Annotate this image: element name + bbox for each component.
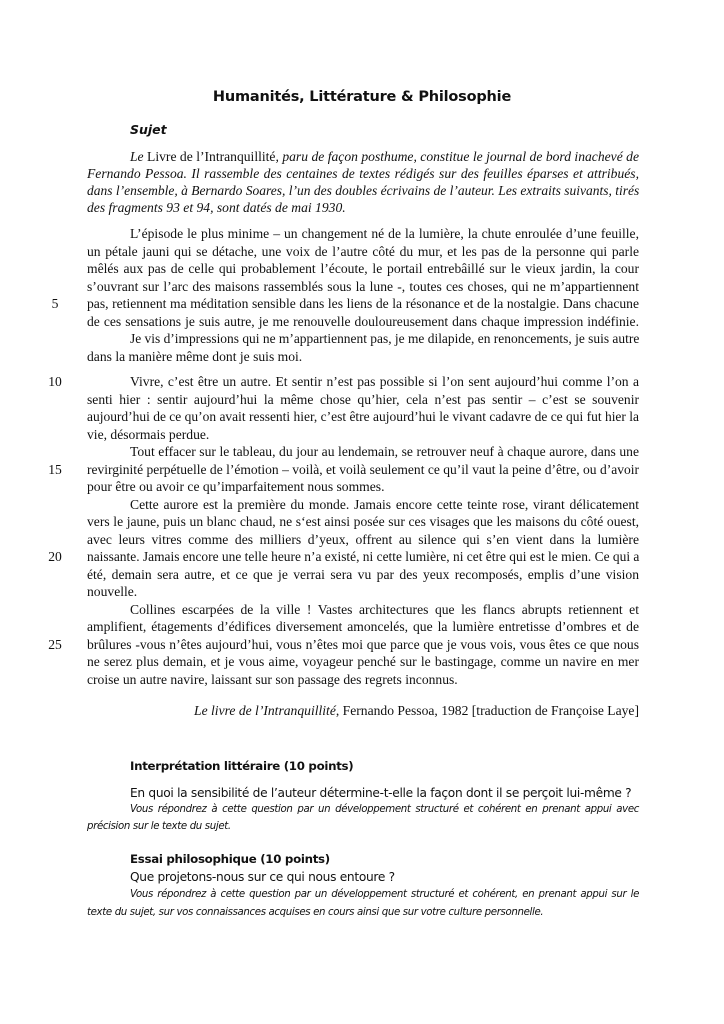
intro-text: , paru de façon posthume, constitue le j… <box>275 149 639 164</box>
text-line: vers le jaune, puis un blanc chaud, ne s… <box>87 513 639 530</box>
line-number: 5 <box>40 295 70 312</box>
question-instruction: Vous répondrez à cette question par un d… <box>130 804 639 815</box>
text-line: dans la manière même dont je suis moi. <box>87 348 639 365</box>
text-line: mêlés aux pas de celle qui probablement … <box>87 260 639 277</box>
reference-details: , Fernando Pessoa, 1982 [traduction de F… <box>336 703 639 718</box>
text-line: nouvelle. <box>87 583 639 600</box>
question-instruction: Vous répondrez à cette question par un d… <box>130 889 639 900</box>
reference-book-title: Le livre de l’Intranquillité <box>194 703 336 718</box>
text-line: Collines escarpées de la ville ! Vastes … <box>130 601 639 618</box>
intro-line-2: Fernando Pessoa. Il rassemble des centai… <box>87 165 639 182</box>
document-title: Humanités, Littérature & Philosophie <box>0 89 724 105</box>
text-line: vie, désormais perdue. <box>87 426 639 443</box>
text-line: s’ouvrant sur l’arc des maisons rassembl… <box>87 278 639 295</box>
text-line: croise un autre navire, laissant sur son… <box>87 671 639 688</box>
text-line: Tout effacer sur le tableau, du jour au … <box>130 443 639 460</box>
line-number: 15 <box>40 461 70 478</box>
text-line: avec leurs vitres comme des milliers d’y… <box>87 531 639 548</box>
question-heading: Interprétation littéraire (10 points) <box>130 759 353 773</box>
text-line: Vivre, c’est être un autre. Et sentir n’… <box>130 373 639 390</box>
book-title: Livre de l’Intranquillité <box>147 149 275 164</box>
question-text: En quoi la sensibilité de l’auteur déter… <box>130 786 631 800</box>
text-line: pour être ou avoir ce qu’imparfaitement … <box>87 478 639 495</box>
text-line: ne serez plus demain, et je vous aime, v… <box>87 653 639 670</box>
text-line: été, demain sera autre, et ce que je ver… <box>87 566 639 583</box>
source-reference: Le livre de l’Intranquillité, Fernando P… <box>194 703 639 719</box>
question-text: Que projetons-nous sur ce qui nous entou… <box>130 870 395 884</box>
intro-text: Le <box>130 149 147 164</box>
text-line: Cette aurore est la première du monde. J… <box>130 496 639 513</box>
question-instruction: précision sur le texte du sujet. <box>87 821 231 832</box>
text-line: brûlures -vous n’êtes aujourd’hui, vous … <box>87 636 639 653</box>
intro-line-1: Le Livre de l’Intranquillité, paru de fa… <box>130 148 639 165</box>
line-number: 10 <box>40 373 70 390</box>
exam-page: Humanités, Littérature & Philosophie Suj… <box>0 0 724 1024</box>
text-line: aujourd’hui de ce qu’on avait ressenti h… <box>87 408 639 425</box>
question-heading: Essai philosophique (10 points) <box>130 852 330 866</box>
text-line: revirginité perpétuelle de l’émotion – v… <box>87 461 639 478</box>
text-line: Je vis d’impressions qui ne m’appartienn… <box>130 330 639 347</box>
text-line: naissante. Jamais encore une telle heure… <box>87 548 639 565</box>
line-number: 20 <box>40 548 70 565</box>
text-line: pas, retiennent ma méditation sensible d… <box>87 295 639 312</box>
text-line: L’épisode le plus minime – un changement… <box>130 225 639 242</box>
section-label-sujet: Sujet <box>130 122 167 137</box>
text-line: amplifient, étagements d’édifices divers… <box>87 618 639 635</box>
intro-line-3: dans l’ensemble, à Bernardo Soares, l’un… <box>87 182 639 199</box>
question-instruction: texte du sujet, sur vos connaissances ac… <box>87 907 543 918</box>
intro-line-4: des fragments 93 et 94, sont datés de ma… <box>87 199 639 216</box>
text-line: un pétale jauni qui se détache, une voix… <box>87 243 639 260</box>
text-line: de ces sensations je suis autre, je me r… <box>87 313 639 330</box>
line-number: 25 <box>40 636 70 653</box>
text-line: senti hier : sentir aujourd’hui la même … <box>87 391 639 408</box>
